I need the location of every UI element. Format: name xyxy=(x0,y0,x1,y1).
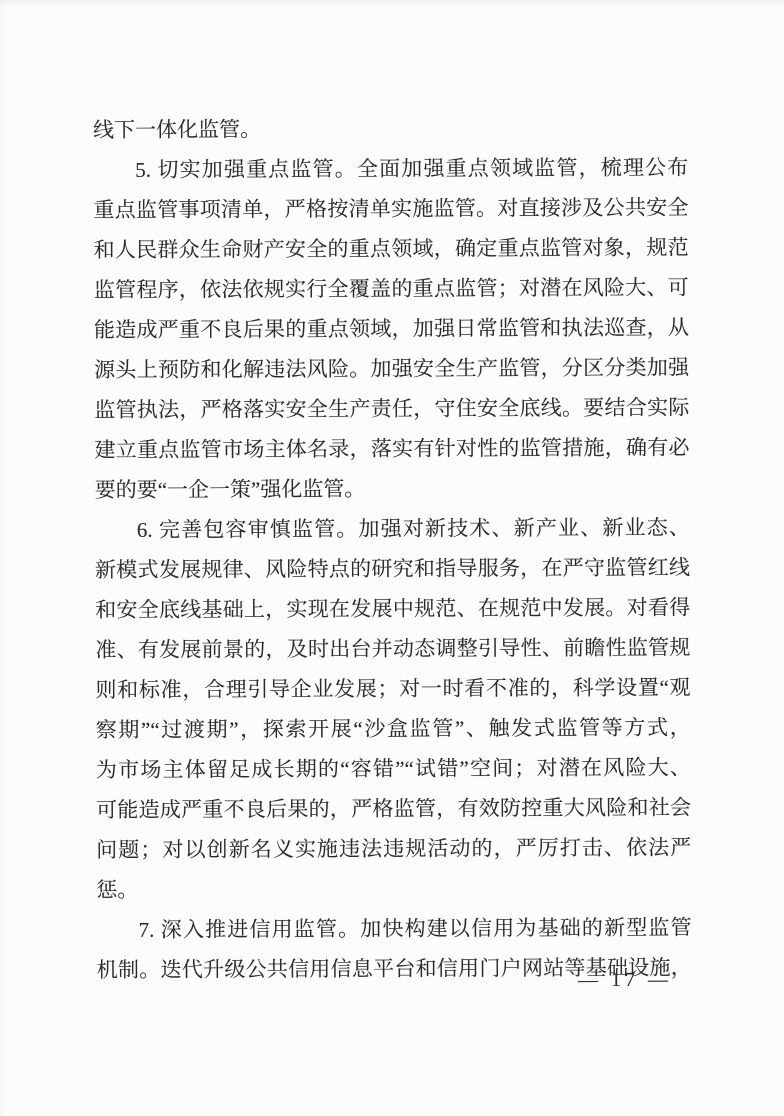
text-line: 重点监管事项清单，严格按清单实施监管。对直接涉及公共安全 xyxy=(93,187,688,230)
page-number: — 17 — xyxy=(578,969,672,992)
text-line: 监管程序，依法依规实行全覆盖的重点监管；对潜在风险大、可 xyxy=(94,267,689,310)
text-line: 能造成严重不良后果的重点领域，加强日常监管和执法巡查，从 xyxy=(94,307,689,350)
text-line: 为市场主体留足成长期的“容错”“试错”空间；对潜在风险大、 xyxy=(96,747,691,790)
text-line: 则和标准，合理引导企业发展；对一时看不准的，科学设置“观 xyxy=(95,667,690,710)
text-line: 可能造成严重不良后果的，严格监管，有效防控重大风险和社会 xyxy=(96,787,691,830)
text-line: 源头上预防和化解违法风险。加强安全生产监管，分区分类加强 xyxy=(94,347,689,390)
text-line: 和人民群众生命财产安全的重点领域，确定重点监管对象，规范 xyxy=(94,227,689,270)
text-line: 问题；对以创新名义实施违法违规活动的，严厉打击、依法严 xyxy=(96,827,691,870)
text-line: 和安全底线基础上，实现在发展中规范、在规范中发展。对看得 xyxy=(95,587,690,630)
text-line: 7. 深入推进信用监管。加快构建以信用为基础的新型监管 xyxy=(96,907,691,950)
text-line: 线下一体化监管。 xyxy=(93,107,688,150)
document-page: 线下一体化监管。5. 切实加强重点监管。全面加强重点领域监管，梳理公布重点监管事… xyxy=(0,0,784,1116)
text-line: 新模式发展规律、风险特点的研究和指导服务，在严守监管红线 xyxy=(95,547,690,590)
text-line: 惩。 xyxy=(96,867,691,910)
text-line: 5. 切实加强重点监管。全面加强重点领域监管，梳理公布 xyxy=(93,147,688,190)
text-line: 6. 完善包容审慎监管。加强对新技术、新产业、新业态、 xyxy=(95,507,690,550)
text-line: 察期”“过渡期”，探索开展“沙盒监管”、触发式监管等方式， xyxy=(96,707,691,750)
text-line: 监管执法，严格落实安全生产责任，守住安全底线。要结合实际 xyxy=(94,387,689,430)
document-body: 线下一体化监管。5. 切实加强重点监管。全面加强重点领域监管，梳理公布重点监管事… xyxy=(93,107,692,990)
text-line: 准、有发展前景的，及时出台并动态调整引导性、前瞻性监管规 xyxy=(95,627,690,670)
text-line: 建立重点监管市场主体名录，落实有针对性的监管措施，确有必 xyxy=(94,427,689,470)
text-line: 要的要“一企一策”强化监管。 xyxy=(95,467,690,510)
